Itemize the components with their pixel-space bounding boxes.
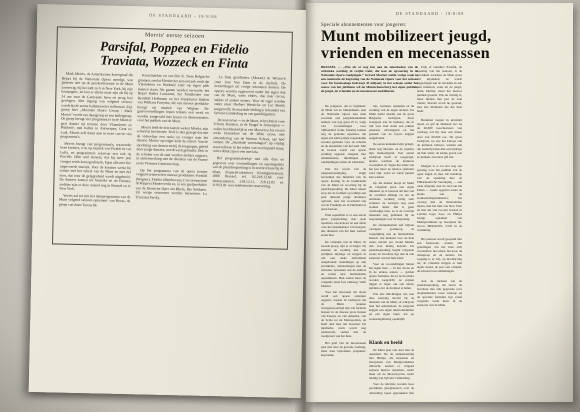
body-paragraph: Besluiten vergen in krisistijd moed, zo … bbox=[417, 118, 462, 158]
body-paragraph: De vrienden van de Munt, de tweede groep… bbox=[321, 240, 366, 288]
headline-line-1: Munt mobilizeert jeugd, bbox=[321, 29, 546, 46]
column-2-lower-text: De Munt gaat ook door met de opnamen. Na… bbox=[369, 348, 414, 395]
body-paragraph: Het programmaboekje met alle data en geg… bbox=[212, 156, 284, 189]
body-paragraph: Prijs of Gunther: Parsifal, de opening v… bbox=[417, 65, 462, 113]
body-paragraph: Wie lid wordt van de jongerenvereniging,… bbox=[321, 167, 366, 211]
body-paragraph: Voor het mecenaat ten slotte wordt een a… bbox=[321, 290, 366, 338]
body-paragraph: De koncerten — in de Munt, in het Paleis… bbox=[213, 118, 285, 156]
article-headline: Parsifal, Poppea en Fidelio Traviata, Wo… bbox=[59, 38, 290, 71]
body-paragraph: De abonnementen zelf blijven overigens g… bbox=[369, 223, 414, 259]
body-paragraph: Het geld van de mecenassen gaat niet naa… bbox=[321, 341, 366, 357]
body-paragraph: Het seizoen wordt geopend met een feestw… bbox=[417, 237, 462, 273]
lead-paragraph: BRUSSEL — „Wie als er nog iets aan de ze… bbox=[321, 65, 418, 101]
body-paragraph: Voor de televisie worden twee produkties… bbox=[369, 382, 414, 395]
body-paragraph: Voorts zal tot slot het dansprogramma va… bbox=[59, 193, 131, 208]
body-paragraph: Morris brengt vier programma's, waaronde… bbox=[59, 141, 131, 192]
article-headline: Munt mobilizeert jeugd, vrienden en mece… bbox=[321, 29, 546, 62]
column-2-upper-text: ties, tournees, opnamen en de werking va… bbox=[369, 104, 414, 338]
body-paragraph: De eerste kontakten zijn gelegd, aldus n… bbox=[369, 142, 414, 178]
body-paragraph: La finta giardiniera (Mozart) en Wozzeck… bbox=[214, 75, 286, 117]
article-border-box: Morris' eerste seizoen Parsifal, Poppea … bbox=[52, 26, 293, 249]
body-paragraph: Morris leidt de drie laatste weken Moeka… bbox=[136, 125, 208, 167]
body-paragraph: Mark Morris, de Amerikaanse koreograaf d… bbox=[60, 72, 133, 141]
body-paragraph: Aan de mensen van de plaatsbespreking, t… bbox=[417, 279, 462, 307]
body-paragraph: Op die manier hoopt de Munt de volgende … bbox=[369, 181, 414, 221]
text-column-3: La finta giardiniera (Mozart) en Wozzeck… bbox=[211, 75, 286, 241]
text-column-1: Mark Morris, de Amerikaanse koreograaf d… bbox=[58, 72, 133, 238]
body-paragraph: Eind september is er een eerste grote jo… bbox=[321, 213, 366, 237]
body-columns: Mark Morris, de Amerikaanse koreograaf d… bbox=[58, 72, 286, 241]
text-column-2: Keersmaeker, en van Pim K. Twee Belgisch… bbox=[134, 73, 209, 239]
body-paragraph: De jongeren, om te beginnen: de Munt wil… bbox=[321, 104, 366, 164]
left-page: DE STANDAARD - 18/8/88 Morris' eerste se… bbox=[29, 4, 310, 398]
right-page: DE STANDAARD - 18/8/88 Speciale abonneme… bbox=[306, 3, 573, 402]
scanned-newspaper-spread: DE STANDAARD - 18/8/88 Morris' eerste se… bbox=[0, 0, 580, 412]
text-column-2: ties, tournees, opnamen en de werking va… bbox=[369, 104, 414, 395]
body-paragraph: Op het programma van de opera komen volg… bbox=[135, 168, 207, 201]
right-page-header: DE STANDAARD - 18/8/88 bbox=[396, 11, 464, 16]
body-paragraph: Wie alle inlichtingen wil, kan elke werk… bbox=[369, 292, 414, 320]
body-paragraph: Morgen is er tot slot nog een persdag vo… bbox=[417, 164, 462, 233]
text-column-3: Prijs of Gunther: Parsifal, de opening v… bbox=[417, 65, 462, 395]
body-paragraph: De Munt gaat ook door met de opnamen. Na… bbox=[369, 348, 414, 380]
body-paragraph: Voor de voorstellingen buiten het eigen … bbox=[369, 262, 414, 290]
headline-line-2: vrienden en mecenassen bbox=[321, 46, 546, 63]
text-column-1: De jongeren, om te beginnen: de Munt wil… bbox=[321, 104, 366, 395]
body-paragraph: Keersmaeker, en van Pim K. Twee Belgisch… bbox=[137, 73, 209, 124]
body-paragraph: ties, tournees, opnamen en de werking va… bbox=[369, 104, 414, 140]
left-page-header: DE STANDAARD - 18/8/88 bbox=[149, 13, 217, 20]
section-subheading: Klank en beeld bbox=[369, 340, 414, 346]
